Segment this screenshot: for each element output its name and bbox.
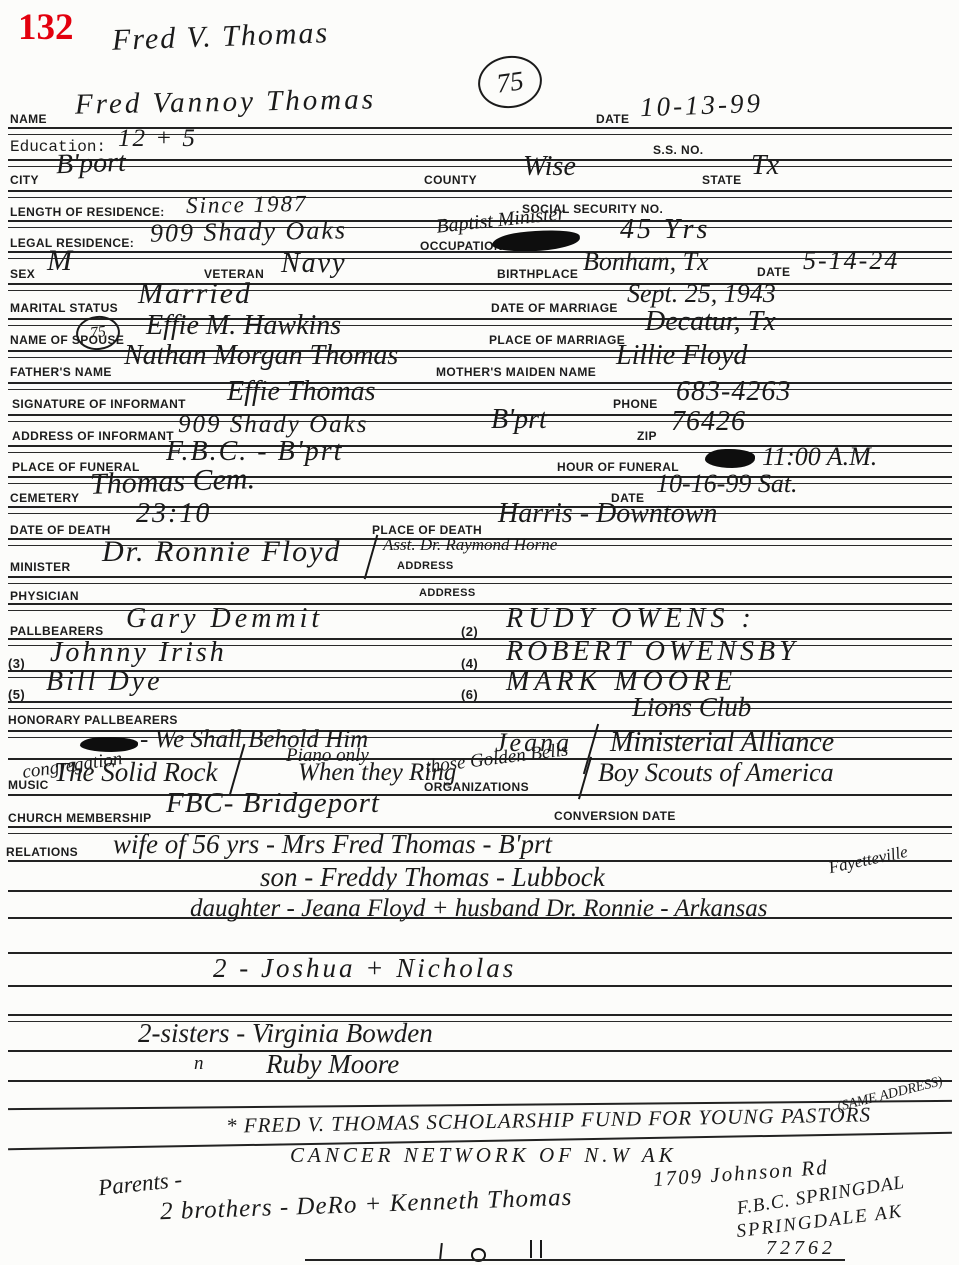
county-value: Wise xyxy=(523,153,576,181)
partial-handwriting-stroke xyxy=(530,1240,532,1258)
relations-line-son: son - Freddy Thomas - Lubbock xyxy=(260,864,605,891)
ruled-line xyxy=(8,576,952,584)
signature-of-informant-label: SIGNATURE OF INFORMANT xyxy=(12,397,186,411)
ruled-line xyxy=(8,985,952,987)
ruled-line xyxy=(8,701,952,709)
address-of-informant-value: 909 Shady Oaks xyxy=(178,412,368,437)
pallbearer-1: Gary Demmit xyxy=(126,605,323,633)
marital-status-label: MARITAL STATUS xyxy=(10,301,118,315)
sex-value: M xyxy=(47,246,72,276)
date-of-marriage-value: Sept. 25, 1943 xyxy=(627,281,776,307)
phone-label: PHONE xyxy=(613,397,658,411)
legal-residence-value: 909 Shady Oaks xyxy=(150,217,347,246)
relations-line-ruby-moore: Ruby Moore xyxy=(266,1051,399,1078)
organization-ministerial-alliance: Ministerial Alliance xyxy=(610,729,834,757)
pallbearers-label: PALLBEARERS xyxy=(10,624,104,638)
birthplace-label: BIRTHPLACE xyxy=(497,267,578,281)
scribble-redaction xyxy=(705,449,755,468)
circled-age-value: 75 xyxy=(494,65,525,99)
organization-lions-club: Lions Club xyxy=(632,694,751,721)
pallbearer-3: Johnny Irish xyxy=(50,639,227,667)
minister-address-label: ADDRESS xyxy=(397,560,454,572)
note-cancer-network: CANCER NETWORK OF N.W AK xyxy=(290,1145,677,1166)
mothers-maiden-name-label: MOTHER'S MAIDEN NAME xyxy=(436,365,596,379)
phone-value: 683-4263 xyxy=(676,378,791,406)
note-zip-72762: 72762 xyxy=(766,1238,836,1258)
marital-status-value: Married xyxy=(138,279,252,309)
page-number: 132 xyxy=(18,6,74,49)
spouse-value: Effie M. Hawkins xyxy=(146,312,341,340)
circled-age: 75 xyxy=(475,52,546,112)
place-of-marriage-value: Decatur, Tx xyxy=(645,308,776,336)
mothers-maiden-name-value: Lillie Floyd xyxy=(616,342,747,370)
zip-value: 76426 xyxy=(671,408,746,436)
education-value: 12 + 5 xyxy=(118,126,197,151)
date-of-marriage-label: DATE OF MARRIAGE xyxy=(491,301,618,315)
date-value: 10-13-99 xyxy=(640,90,764,121)
birth-date-label: DATE xyxy=(757,265,790,279)
ruled-line xyxy=(8,1080,952,1082)
length-of-residence-label: LENGTH OF RESIDENCE: xyxy=(10,205,165,219)
occupation-years-value: 45 Yrs xyxy=(620,216,710,244)
place-of-funeral-value: F.B.C. - B'prt xyxy=(166,438,343,466)
ruled-line xyxy=(305,1259,845,1261)
relations-note-fayetteville: Fayetteville xyxy=(827,843,909,876)
length-of-residence-value: Since 1987 xyxy=(186,192,308,217)
scanned-funeral-record: 132 Fred V. Thomas 75 NAME Fred Vannoy T… xyxy=(0,0,959,1265)
music-song-solid-rock: The Solid Rock xyxy=(54,759,217,786)
pallbearer-2: RUDY OWENS : xyxy=(506,605,756,633)
relations-line-grandchildren: 2 - Joshua + Nicholas xyxy=(213,955,516,982)
ruled-line xyxy=(8,382,952,390)
place-of-death-value: Harris - Downtown xyxy=(498,500,717,528)
organization-boy-scouts: Boy Scouts of America xyxy=(598,760,834,786)
organizations-label: ORGANIZATIONS xyxy=(424,780,529,794)
note-brothers: 2 brothers - DeRo + Kenneth Thomas xyxy=(160,1185,573,1224)
pallbearer-2-num: (2) xyxy=(461,624,478,639)
hour-of-funeral-value: 11:00 A.M. xyxy=(762,444,877,470)
zip-label: ZIP xyxy=(637,429,657,443)
note-address-johnson-rd: 1709 Johnson Rd xyxy=(652,1157,829,1190)
note-parents: Parents - xyxy=(97,1168,183,1200)
place-of-marriage-label: PLACE OF MARRIAGE xyxy=(489,333,625,347)
note-scholarship-fund: * FRED V. THOMAS SCHOLARSHIP FUND FOR YO… xyxy=(226,1104,871,1136)
funeral-date-value: 10-16-99 Sat. xyxy=(656,471,798,497)
pallbearer-6-num: (6) xyxy=(461,687,478,702)
address-of-informant-label: ADDRESS OF INFORMANT xyxy=(12,429,174,443)
ruled-line xyxy=(8,159,952,167)
partial-handwriting-stroke xyxy=(540,1240,542,1258)
name-label: NAME xyxy=(10,112,47,126)
ruled-line xyxy=(8,794,952,796)
date-of-death-value: 23:10 xyxy=(136,500,211,528)
state-value: Tx xyxy=(751,152,779,180)
cemetery-label: CEMETERY xyxy=(10,491,79,505)
city-label: CITY xyxy=(10,173,39,187)
fathers-name-label: FATHER'S NAME xyxy=(10,365,112,379)
pallbearer-5-num: (5) xyxy=(8,687,25,702)
ss-no-label: S.S. NO. xyxy=(653,143,704,157)
music-label: MUSIC xyxy=(8,778,49,792)
sex-label: SEX xyxy=(10,267,35,281)
honorary-pallbearers-label: HONORARY PALLBEARERS xyxy=(8,713,178,727)
date-of-death-label: DATE OF DEATH xyxy=(10,523,111,537)
ruled-line xyxy=(8,190,952,198)
birthplace-value: Bonham, Tx xyxy=(583,249,709,275)
state-label: STATE xyxy=(702,173,742,187)
physician-address-label: ADDRESS xyxy=(419,587,476,599)
physician-label: PHYSICIAN xyxy=(10,589,79,603)
name-value: Fred Vannoy Thomas xyxy=(75,85,376,119)
church-membership-value: FBC- Bridgeport xyxy=(166,789,380,818)
assistant-minister-note: Asst. Dr. Raymond Horne xyxy=(383,536,557,553)
veteran-value: Navy xyxy=(281,250,347,278)
minister-label: MINISTER xyxy=(10,560,71,574)
county-label: COUNTY xyxy=(424,173,477,187)
relations-line-wife: wife of 56 yrs - Mrs Fred Thomas - B'prt xyxy=(113,831,552,858)
pallbearer-4: ROBERT OWENSBY xyxy=(506,638,799,666)
church-membership-label: CHURCH MEMBERSHIP xyxy=(8,811,151,825)
fathers-name-value: Nathan Morgan Thomas xyxy=(124,342,398,370)
ruled-line xyxy=(8,414,952,422)
cemetery-value: Thomas Cem. xyxy=(90,464,256,500)
minister-value: Dr. Ronnie Floyd xyxy=(102,537,341,567)
ruled-line xyxy=(8,1050,952,1052)
relations-note-n: n xyxy=(194,1054,204,1073)
header-name-handwritten: Fred V. Thomas xyxy=(112,18,330,56)
city-value: B'port xyxy=(56,149,127,179)
date-label: DATE xyxy=(596,112,629,126)
circled-spouse-age-value: 75 xyxy=(89,323,107,343)
address-of-informant-city: B'prt xyxy=(491,406,547,434)
conversion-date-label: CONVERSION DATE xyxy=(554,809,676,823)
pallbearer-3-num: (3) xyxy=(8,656,25,671)
pallbearer-5: Bill Dye xyxy=(46,668,163,696)
legal-residence-label: LEGAL RESIDENCE: xyxy=(10,236,134,250)
pallbearer-4-num: (4) xyxy=(461,656,478,671)
ruled-line xyxy=(8,917,952,919)
signature-of-informant-value: Effie Thomas xyxy=(227,378,376,406)
relations-label: RELATIONS xyxy=(6,845,78,859)
ruled-line xyxy=(8,890,952,892)
birth-date-value: 5-14-24 xyxy=(803,248,899,274)
relations-line-sisters: 2-sisters - Virginia Bowden xyxy=(138,1020,433,1047)
partial-handwriting-stroke xyxy=(439,1243,443,1259)
